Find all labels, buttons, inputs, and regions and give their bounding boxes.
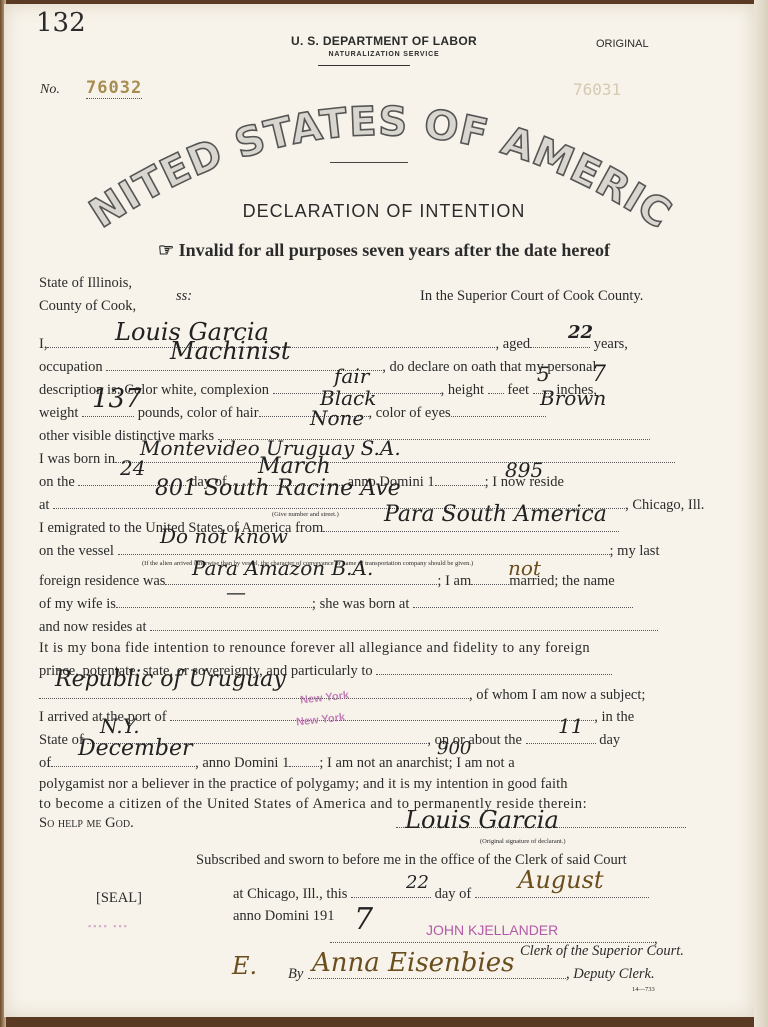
entry-birth-year: 895 (505, 458, 543, 482)
entry-occupation: Machinist (170, 337, 291, 365)
line-occupation: occupation , do declare on oath that my … (39, 358, 596, 376)
jurat-anno: anno Domini 191 (233, 908, 335, 925)
court-name: In the Superior Court of Cook County. (420, 288, 643, 305)
service-subheading: NATURALIZATION SERVICE (0, 51, 768, 58)
form-title: DECLARATION OF INTENTION (0, 201, 768, 222)
faded-stamp: ▪▪▪▪ ▪▪▪ (88, 921, 129, 931)
entry-birth-day: 24 (120, 456, 145, 480)
line-renounce-1: It is my bona fide intention to renounce… (39, 640, 590, 657)
number-label: No. (40, 82, 60, 98)
entry-eyes: Brown (540, 386, 606, 410)
deputy-signature: Anna Eisenbies (312, 948, 515, 978)
give-number-note: (Give number and street.) (272, 511, 339, 518)
entry-vessel: Do not know (160, 524, 288, 548)
seal-label: [SEAL] (96, 890, 142, 907)
entry-weight: 137 (92, 384, 142, 414)
entry-wife: — (226, 580, 246, 604)
entry-foreign-residence: Para Amazon B.A. (192, 556, 373, 580)
form-code: 14—733 (632, 986, 655, 993)
line-polygamist: polygamist nor a believer in the practic… (39, 776, 568, 793)
venue-county: County of Cook, (39, 298, 136, 315)
entry-sovereign: Republic of Uruguay (55, 667, 286, 692)
clerk-title: Clerk of the Superior Court. (520, 943, 684, 960)
signature-caption: (Original signature of declarant.) (480, 838, 566, 845)
jurat-day: 22 (406, 872, 429, 893)
entry-emigrated-from: Para South America (384, 502, 607, 527)
declarant-signature: Louis Garcia (405, 806, 559, 834)
deputy-initial: E. (232, 952, 257, 980)
entry-marks: None (310, 406, 364, 430)
line-wife-residence: and now resides at (39, 618, 658, 636)
deputy-title: , Deputy Clerk. (566, 966, 655, 983)
entry-arrival-year: 900 (437, 738, 471, 759)
divider (318, 65, 410, 66)
page-gutter (754, 0, 768, 1027)
line-wife: of my wife is; she was born at (39, 595, 633, 613)
invalid-notice: ☞ Invalid for all purposes seven years a… (0, 240, 768, 261)
entry-height-inches: 7 (592, 362, 606, 387)
line-so-help: So help me God. (39, 815, 134, 832)
deputy-by: By (288, 966, 303, 983)
entry-arrival-day: 11 (558, 714, 583, 738)
venue-ss: ss: (176, 288, 192, 305)
copy-label: ORIGINAL (596, 38, 649, 50)
entry-complexion: fair (334, 364, 369, 388)
entry-age: 22 (568, 322, 593, 343)
pointing-hand-icon: ☞ (158, 240, 174, 260)
entry-state: N.Y. (100, 714, 140, 738)
divider (330, 162, 408, 163)
entry-arrival-month: December (78, 736, 192, 761)
venue-state: State of Illinois, (39, 275, 132, 292)
entry-height-feet: 5 (537, 362, 550, 386)
jurat-month: August (518, 866, 604, 894)
department-heading: U. S. DEPARTMENT OF LABOR (0, 34, 768, 48)
entry-residence: 801 South Racine Ave (155, 476, 401, 501)
entry-married: not (508, 556, 541, 580)
